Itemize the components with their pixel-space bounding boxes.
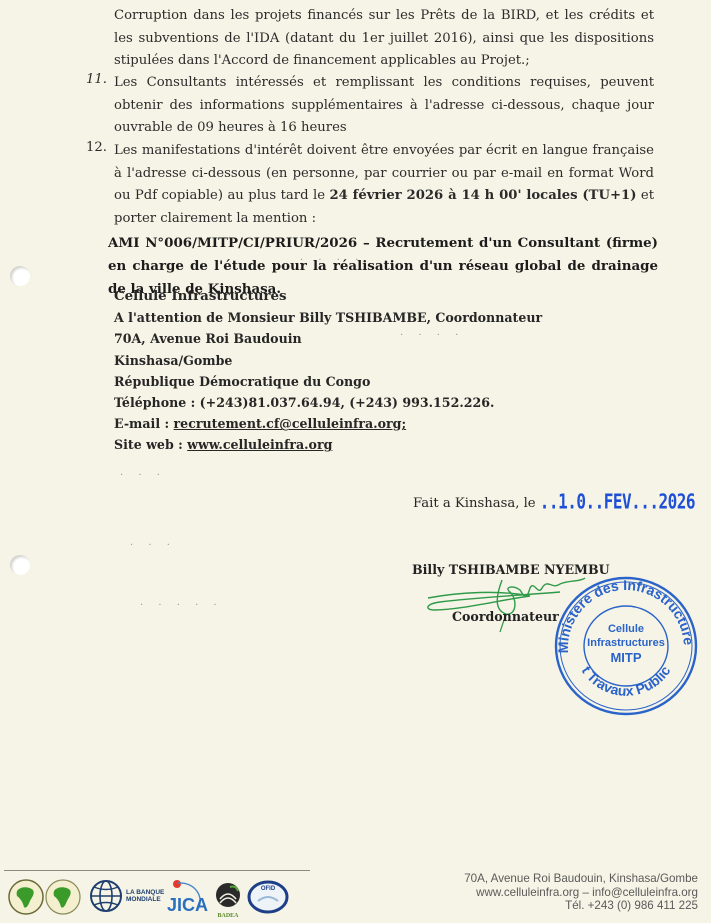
svg-text:MITP: MITP: [610, 650, 641, 665]
scan-speck: · · · ·: [400, 330, 464, 341]
email-label: E-mail :: [114, 416, 174, 431]
official-stamp: Ministere des Infrastructures et Travaux…: [546, 570, 706, 720]
footer-address: 70A, Avenue Roi Baudouin, Kinshasa/Gombe: [464, 872, 698, 886]
address-web-row: Site web : www.celluleinfra.org: [114, 434, 542, 455]
partner-logos: LA BANQUE MONDIALE JICA BADEA OFID: [6, 875, 306, 920]
address-attention: A l'attention de Monsieur Billy TSHIBAMB…: [114, 307, 542, 328]
punch-hole: [10, 555, 30, 575]
signing-place-date: Fait a Kinshasa, le ..1.0..FEV...2026: [413, 492, 695, 511]
footer-rule: [4, 870, 310, 871]
address-street: 70A, Avenue Roi Baudouin: [114, 328, 542, 349]
document-page: Corruption dans les projets financés sur…: [0, 0, 711, 923]
svg-text:MONDIALE: MONDIALE: [126, 896, 161, 903]
svg-text:OFID: OFID: [261, 886, 276, 892]
address-org: Cellule Infrastructures: [114, 286, 542, 307]
address-city: Kinshasa/Gombe: [114, 350, 542, 371]
paragraph-12-number: 12.: [86, 140, 107, 155]
scan-speck: · · ·: [120, 470, 166, 481]
svg-text:JICA: JICA: [167, 895, 208, 915]
deadline: 24 février 2026 à 14 h 00' locales (TU+1…: [329, 188, 636, 203]
jica-logo: JICA: [167, 880, 208, 915]
svg-text:Infrastructures: Infrastructures: [587, 637, 665, 649]
signer-role: Coordonnateur: [452, 609, 559, 624]
website-link[interactable]: www.celluleinfra.org: [187, 437, 332, 452]
paragraph-12: Les manifestations d'intérêt doivent êtr…: [114, 140, 654, 230]
email-link[interactable]: recrutement.cf@celluleinfra.org;: [174, 416, 407, 431]
footer-contact: 70A, Avenue Roi Baudouin, Kinshasa/Gombe…: [464, 872, 698, 913]
svg-text:BADEA: BADEA: [217, 913, 239, 919]
badea-logo: BADEA: [216, 883, 240, 919]
ofid-logo: OFID: [249, 882, 287, 912]
paragraph-11: Les Consultants intéressés et remplissan…: [114, 72, 654, 140]
footer-phone: Tél. +243 (0) 986 411 225: [464, 899, 698, 913]
world-bank-logo: LA BANQUE MONDIALE: [91, 881, 165, 911]
signing-place: Fait a Kinshasa, le: [413, 496, 540, 511]
afdf-logo: [46, 880, 80, 914]
svg-text:LA BANQUE: LA BANQUE: [126, 889, 165, 896]
address-country: République Démocratique du Congo: [114, 371, 542, 392]
scan-speck: · · · ·: [300, 255, 364, 266]
date-stamp: ..1.0..FEV...2026: [540, 490, 695, 514]
address-block: Cellule Infrastructures A l'attention de…: [114, 286, 542, 456]
scan-speck: · · · · ·: [140, 600, 223, 611]
svg-text:Cellule: Cellule: [608, 623, 644, 635]
paragraph-11-number: 11.: [86, 72, 107, 87]
scan-speck: · · ·: [130, 540, 176, 551]
afdb-logo: [9, 880, 43, 914]
punch-hole: [10, 266, 30, 286]
address-email-row: E-mail : recrutement.cf@celluleinfra.org…: [114, 413, 542, 434]
address-phone: Téléphone : (+243)81.037.64.94, (+243) 9…: [114, 392, 542, 413]
web-label: Site web :: [114, 437, 187, 452]
paragraph-10-continuation: Corruption dans les projets financés sur…: [114, 5, 654, 73]
footer-web-email: www.celluleinfra.org – info@celluleinfra…: [464, 886, 698, 900]
